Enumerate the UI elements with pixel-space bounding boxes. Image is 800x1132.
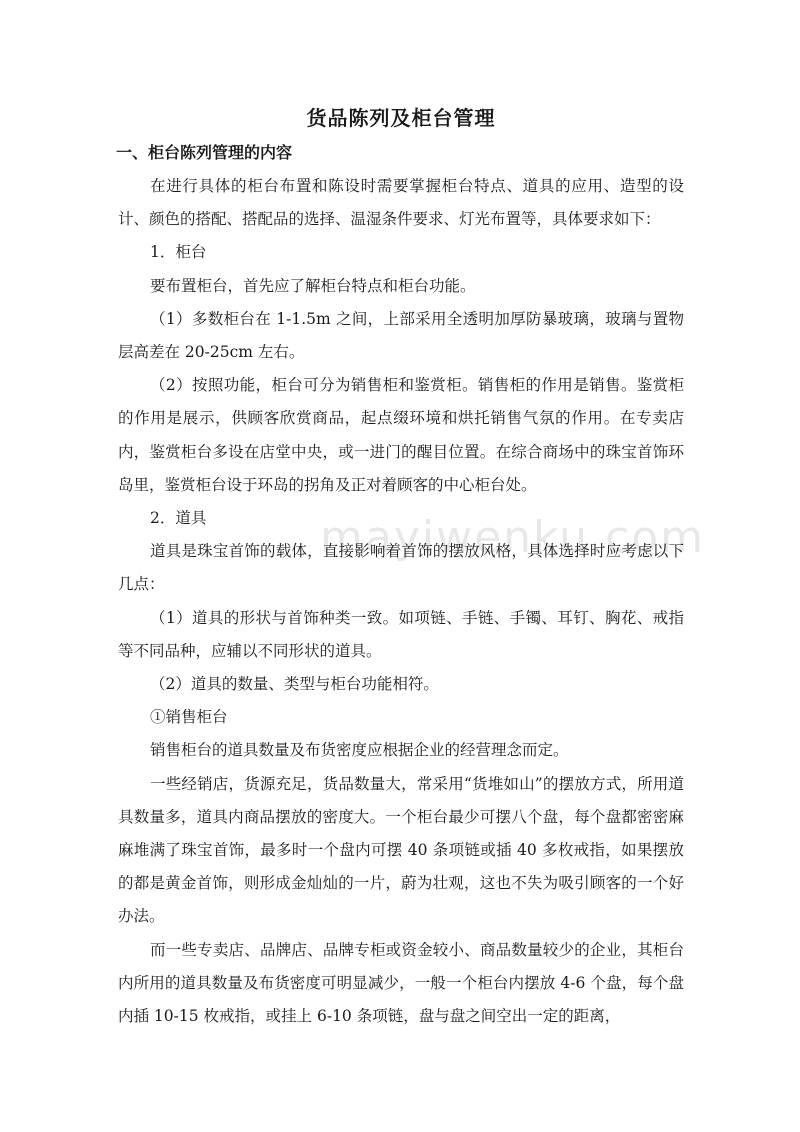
paragraph: 在进行具体的柜台布置和陈设时需要掌握柜台特点、道具的应用、造型的设计、颜色的搭配… bbox=[118, 170, 684, 236]
paragraph: （2）按照功能，柜台可分为销售柜和鉴赏柜。销售柜的作用是销售。鉴赏柜的作用是展示… bbox=[118, 369, 684, 502]
paragraph: （1）多数柜台在 1-1.5m 之间，上部采用全透明加厚防暴玻璃，玻璃与置物层高… bbox=[118, 303, 684, 369]
paragraph: 而一些专卖店、品牌店、品牌专柜或资金较小、商品数量较少的企业，其柜台内所用的道具… bbox=[118, 934, 684, 1034]
paragraph: 一些经销店，货源充足，货品数量大，常采用“货堆如山”的摆放方式，所用道具数量多，… bbox=[118, 768, 684, 934]
paragraph: 要布置柜台，首先应了解柜台特点和柜台功能。 bbox=[118, 270, 684, 303]
paragraph: 道具是珠宝首饰的载体，直接影响着首饰的摆放风格，具体选择时应考虑以下几点： bbox=[118, 535, 684, 601]
document-page: 货品陈列及柜台管理 一、柜台陈列管理的内容 在进行具体的柜台布置和陈设时需要掌握… bbox=[118, 100, 684, 1033]
document-title: 货品陈列及柜台管理 bbox=[118, 100, 684, 136]
paragraph: （2）道具的数量、类型与柜台功能相符。 bbox=[118, 668, 684, 701]
subheading-sales-counter: ①销售柜台 bbox=[118, 701, 684, 734]
paragraph: （1）道具的形状与首饰种类一致。如项链、手链、手镯、耳钉、胸花、戒指等不同品种，… bbox=[118, 602, 684, 668]
subheading-props: 2．道具 bbox=[118, 502, 684, 535]
subheading-counter: 1．柜台 bbox=[118, 236, 684, 269]
paragraph: 销售柜台的道具数量及布货密度应根据企业的经营理念而定。 bbox=[118, 734, 684, 767]
section-heading: 一、柜台陈列管理的内容 bbox=[116, 136, 684, 170]
